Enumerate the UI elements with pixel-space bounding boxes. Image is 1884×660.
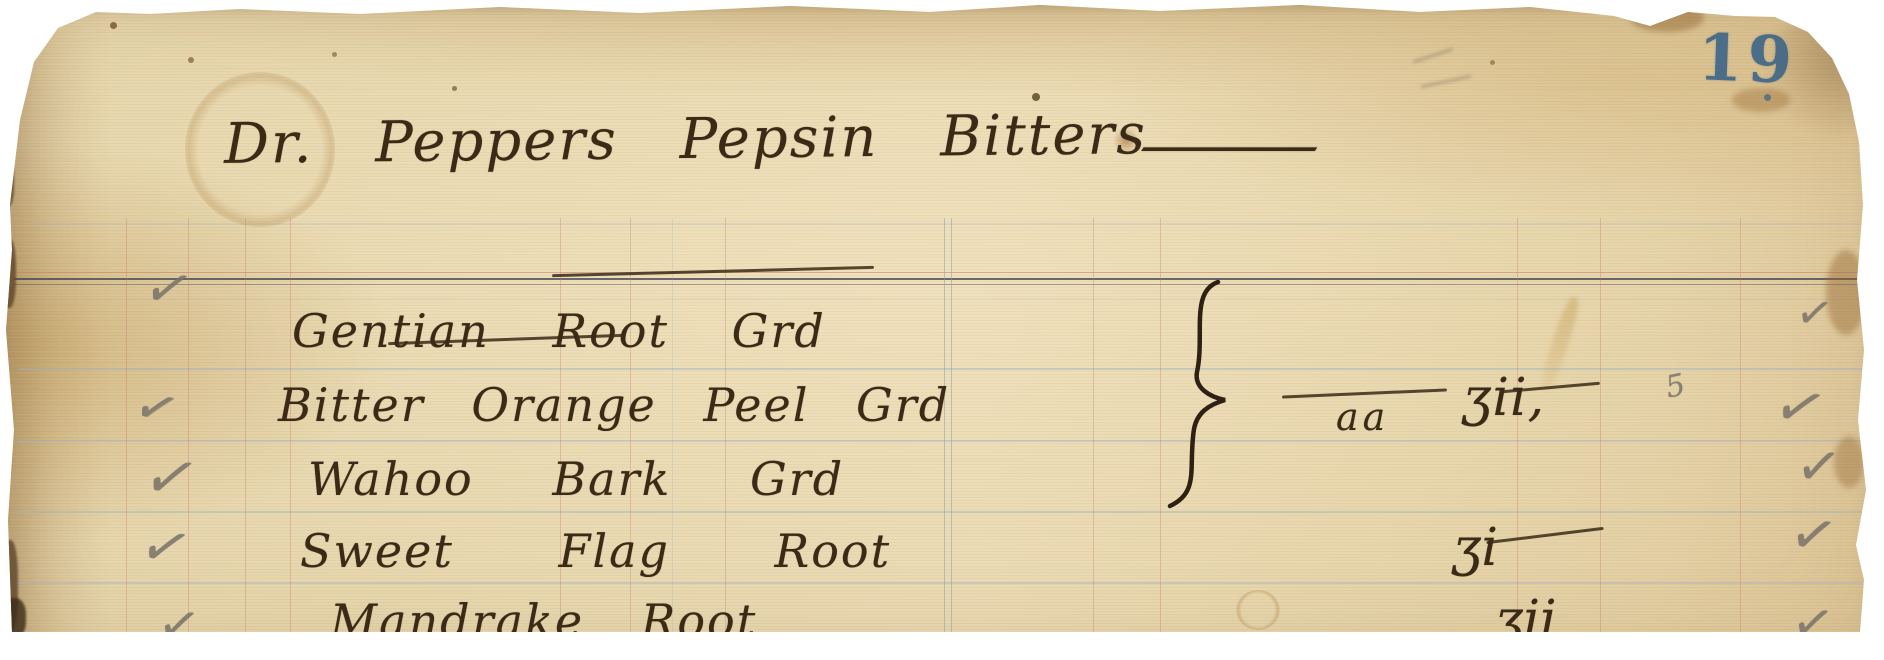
checkmark-left-5: ✓ bbox=[154, 597, 204, 632]
ingredient-row-1: Gentian Root Grd bbox=[292, 308, 826, 354]
stain-speck bbox=[452, 86, 457, 91]
checkmark-right-4: ✓ bbox=[1785, 504, 1843, 569]
ruled-line-horizontal bbox=[18, 440, 1862, 442]
torn-edge-fragment bbox=[0, 238, 16, 308]
stain-speck bbox=[1490, 60, 1495, 65]
quantity-ana-prefix: aa bbox=[1336, 398, 1389, 436]
torn-edge-fragment bbox=[2, 160, 14, 206]
ingredient-row-2: Bitter Orange Peel Grd bbox=[278, 382, 950, 428]
stain-speck bbox=[110, 22, 117, 29]
quantity-sweet-flag: ʒi bbox=[1452, 522, 1498, 574]
recipe-title: Dr. Peppers Pepsin Bitters bbox=[224, 107, 1147, 173]
ink-flourish bbox=[552, 266, 874, 277]
torn-edge-fragment bbox=[1, 420, 11, 480]
header-rule bbox=[14, 284, 1866, 285]
ruled-line-vertical-red bbox=[1093, 218, 1094, 632]
stamp-dot bbox=[1764, 94, 1771, 101]
header-rule bbox=[14, 278, 1866, 280]
ruled-line-horizontal bbox=[18, 272, 1864, 273]
stain-ring-small bbox=[1236, 590, 1280, 630]
page-number-stamp: 19 bbox=[1697, 20, 1799, 98]
stain-speck bbox=[1032, 93, 1040, 101]
ruled-line-horizontal bbox=[18, 511, 1862, 513]
ingredient-row-3: Wahoo Bark Grd bbox=[308, 456, 844, 502]
torn-edge-fragment bbox=[0, 598, 26, 632]
ingredient-row-5: Mandrake Root bbox=[330, 598, 757, 632]
ingredient-row-4: Sweet Flag Root bbox=[300, 528, 891, 574]
pencil-smudge bbox=[1420, 75, 1471, 89]
checkmark-right-3: ✓ bbox=[1792, 437, 1844, 497]
quantity-last-row: ʒii bbox=[1494, 594, 1557, 632]
checkmark-left-1: ✓ bbox=[138, 259, 199, 319]
pencil-note-five: 5 bbox=[1663, 370, 1688, 403]
ledger-page: 19 Dr. Peppers Pepsin Bitters — ✓ ✓ ✓ ✓ … bbox=[0, 0, 1884, 632]
checkmark-right-1: ✓ bbox=[1792, 289, 1836, 339]
checkmark-left-2: ✓ bbox=[128, 380, 185, 436]
ruled-line-horizontal bbox=[30, 223, 1860, 225]
title-dash: — bbox=[1134, 118, 1324, 174]
ruled-line-horizontal bbox=[18, 582, 1862, 584]
ruled-line-vertical-red bbox=[245, 218, 246, 632]
quantity-group: ʒii, bbox=[1462, 372, 1545, 424]
stain-speck bbox=[332, 52, 337, 57]
stain-edge bbox=[1630, 4, 1704, 32]
checkmark-left-4: ✓ bbox=[133, 517, 198, 580]
pencil-smudge bbox=[1413, 48, 1454, 64]
quantity-macron bbox=[1486, 527, 1603, 544]
ruled-line-vertical-red bbox=[1740, 218, 1741, 632]
ruled-line-vertical-red bbox=[1600, 218, 1601, 632]
checkmark-right-2: ✓ bbox=[1767, 374, 1834, 441]
checkmark-left-3: ✓ bbox=[137, 446, 206, 511]
ruled-line-horizontal bbox=[22, 298, 1862, 300]
checkmark-right-5: ✓ bbox=[1788, 595, 1838, 632]
stain-speck bbox=[188, 57, 194, 63]
ruled-line-horizontal bbox=[18, 368, 1862, 370]
grouping-brace bbox=[1160, 276, 1234, 512]
ruled-line-vertical-blue bbox=[951, 218, 952, 632]
